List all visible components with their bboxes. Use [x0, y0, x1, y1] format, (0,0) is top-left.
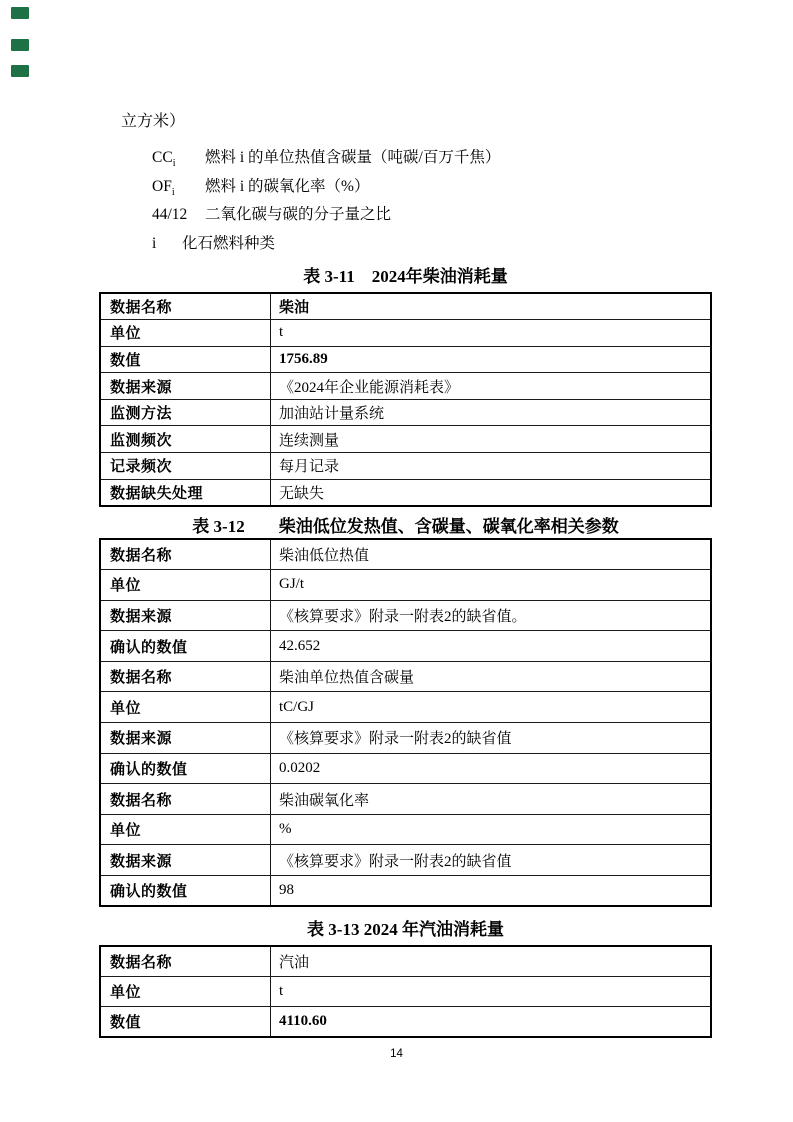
row-label: 数据名称	[100, 784, 271, 815]
row-value: GJ/t	[271, 570, 712, 601]
table-row: 单位%	[100, 814, 711, 845]
row-label: 数值	[100, 346, 271, 373]
row-label: 确认的数值	[100, 631, 271, 662]
row-label: 数据名称	[100, 946, 271, 976]
row-value: 柴油低位热值	[271, 539, 712, 570]
row-value: 1756.89	[271, 346, 712, 373]
annotation-mark[interactable]	[11, 65, 29, 77]
table-3-12-title: 表 3-12 柴油低位发热值、含碳量、碳氧化率相关参数	[99, 512, 712, 537]
row-label: 记录频次	[100, 453, 271, 480]
row-value: %	[271, 814, 712, 845]
row-label: 数值	[100, 1007, 271, 1037]
row-label: 确认的数值	[100, 753, 271, 784]
definition-description: 燃料 i 的单位热值含碳量（吨碳/百万千焦）	[205, 144, 500, 173]
row-value: 柴油	[271, 293, 712, 320]
definition-term: i	[152, 230, 182, 259]
paragraph-continuation: 立方米）	[121, 111, 185, 133]
row-value: 4110.60	[271, 1007, 712, 1037]
row-label: 确认的数值	[100, 876, 271, 907]
row-value: 每月记录	[271, 453, 712, 480]
row-value: 汽油	[271, 946, 712, 976]
row-value: 0.0202	[271, 753, 712, 784]
definition-description: 化石燃料种类	[182, 230, 275, 259]
row-label: 监测方法	[100, 399, 271, 426]
row-label: 数据名称	[100, 293, 271, 320]
annotation-mark[interactable]	[11, 7, 29, 19]
row-value: 柴油单位热值含碳量	[271, 661, 712, 692]
row-label: 数据来源	[100, 600, 271, 631]
table-row: 记录频次每月记录	[100, 453, 711, 480]
row-label: 数据来源	[100, 373, 271, 400]
table-row: 数据名称柴油单位热值含碳量	[100, 661, 711, 692]
table-row: 数据来源《核算要求》附录一附表2的缺省值。	[100, 600, 711, 631]
table-row: 确认的数值0.0202	[100, 753, 711, 784]
table-row: 数据名称柴油低位热值	[100, 539, 711, 570]
table-3-11: 数据名称柴油 单位t 数值1756.89 数据来源《2024年企业能源消耗表》 …	[99, 292, 712, 507]
row-value: t	[271, 320, 712, 347]
row-label: 单位	[100, 692, 271, 723]
row-value: 42.652	[271, 631, 712, 662]
row-label: 单位	[100, 814, 271, 845]
row-value: t	[271, 976, 712, 1006]
definition-item: 44/12 二氧化碳与碳的分子量之比	[152, 201, 712, 230]
definition-item: i 化石燃料种类	[152, 230, 712, 259]
table-row: 数据名称汽油	[100, 946, 711, 976]
definition-description: 燃料 i 的碳氧化率（%）	[205, 173, 369, 202]
row-value: 《2024年企业能源消耗表》	[271, 373, 712, 400]
table-3-13: 数据名称汽油 单位t 数值4110.60	[99, 945, 712, 1038]
table-3-11-title: 表 3-11 2024年柴油消耗量	[99, 262, 712, 287]
definition-item: OFi 燃料 i 的碳氧化率（%）	[152, 173, 712, 202]
table-row: 单位t	[100, 320, 711, 347]
row-value: 《核算要求》附录一附表2的缺省值	[271, 845, 712, 876]
row-label: 数据来源	[100, 845, 271, 876]
table-row: 数值4110.60	[100, 1007, 711, 1037]
row-value: 加油站计量系统	[271, 399, 712, 426]
row-value: 连续测量	[271, 426, 712, 453]
definition-term: 44/12	[152, 201, 205, 230]
row-value: tC/GJ	[271, 692, 712, 723]
definitions-list: CCi 燃料 i 的单位热值含碳量（吨碳/百万千焦） OFi 燃料 i 的碳氧化…	[152, 144, 712, 258]
table-row: 单位t	[100, 976, 711, 1006]
table-3-13-title: 表 3-13 2024 年汽油消耗量	[99, 915, 712, 940]
row-label: 数据名称	[100, 661, 271, 692]
table-row: 监测方法加油站计量系统	[100, 399, 711, 426]
row-label: 单位	[100, 976, 271, 1006]
row-value: 无缺失	[271, 479, 712, 506]
table-row: 数值1756.89	[100, 346, 711, 373]
row-value: 柴油碳氧化率	[271, 784, 712, 815]
definition-item: CCi 燃料 i 的单位热值含碳量（吨碳/百万千焦）	[152, 144, 712, 173]
table-row: 确认的数值98	[100, 876, 711, 907]
row-label: 单位	[100, 320, 271, 347]
row-label: 单位	[100, 570, 271, 601]
subscript: i	[173, 158, 176, 169]
row-label: 监测频次	[100, 426, 271, 453]
table-row: 数据缺失处理无缺失	[100, 479, 711, 506]
table-row: 数据名称柴油	[100, 293, 711, 320]
table-row: 数据来源《核算要求》附录一附表2的缺省值	[100, 723, 711, 754]
row-value: 98	[271, 876, 712, 907]
row-label: 数据名称	[100, 539, 271, 570]
table-row: 单位tC/GJ	[100, 692, 711, 723]
row-value: 《核算要求》附录一附表2的缺省值。	[271, 600, 712, 631]
subscript: i	[172, 187, 175, 198]
document-page: { "annotation_marks": { "color": "#1e714…	[0, 0, 793, 1122]
row-label: 数据缺失处理	[100, 479, 271, 506]
annotation-mark[interactable]	[11, 39, 29, 51]
row-value: 《核算要求》附录一附表2的缺省值	[271, 723, 712, 754]
table-row: 数据来源《核算要求》附录一附表2的缺省值	[100, 845, 711, 876]
table-row: 单位GJ/t	[100, 570, 711, 601]
definition-description: 二氧化碳与碳的分子量之比	[205, 201, 391, 230]
table-row: 监测频次连续测量	[100, 426, 711, 453]
page-number: 14	[0, 1048, 793, 1060]
table-row: 数据名称柴油碳氧化率	[100, 784, 711, 815]
row-label: 数据来源	[100, 723, 271, 754]
table-3-12: 数据名称柴油低位热值 单位GJ/t 数据来源《核算要求》附录一附表2的缺省值。 …	[99, 538, 712, 907]
table-row: 确认的数值42.652	[100, 631, 711, 662]
table-row: 数据来源《2024年企业能源消耗表》	[100, 373, 711, 400]
